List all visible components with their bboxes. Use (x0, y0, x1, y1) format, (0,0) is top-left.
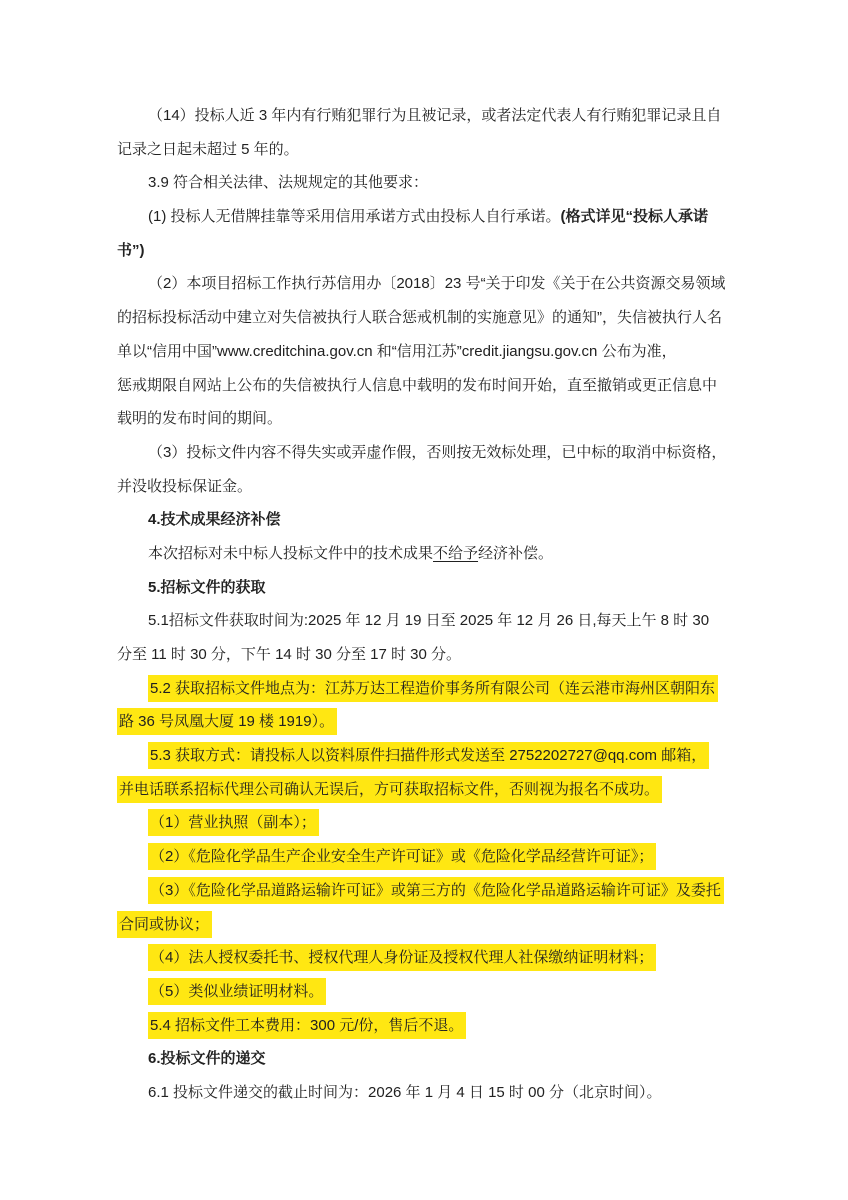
text-line: (1) 投标人无借牌挂靠等采用信用承诺方式由投标人自行承诺。(格式详见“投标人承… (117, 200, 733, 234)
text-line: 惩戒期限自网站上公布的失信被执行人信息中载明的发布时间开始，直至撤销或更正信息中 (117, 369, 733, 403)
text-segment: 载明的发布时间的期间。 (117, 410, 282, 427)
highlighted-text-segment: （4）法人授权委托书、授权代理人身份证及授权代理人社保缴纳证明材料； (148, 944, 656, 971)
text-segment: 6.1 投标文件递交的截止时间为：2026 年 1 月 4 日 15 时 00 … (148, 1084, 661, 1101)
highlighted-text-segment: 5.2 获取招标文件地点为：江苏万达工程造价事务所有限公司（连云港市海州区朝阳东 (148, 675, 718, 702)
text-line: 合同或协议； (117, 908, 733, 942)
text-segment: （2）本项目招标工作执行苏信用办〔2018〕23 号“关于印发《关于在公共资源交… (148, 275, 726, 292)
text-line: 并电话联系招标代理公司确认无误后，方可获取招标文件，否则视为报名不成功。 (117, 773, 733, 807)
text-segment: 单以“信用中国”www.creditchina.gov.cn 和“信用江苏”cr… (117, 343, 677, 360)
highlighted-text-segment: 合同或协议； (117, 911, 212, 938)
text-line: 书”) (117, 234, 733, 268)
text-segment: 惩戒期限自网站上公布的失信被执行人信息中载明的发布时间开始，直至撤销或更正信息中 (117, 377, 717, 394)
text-line: （1）营业执照（副本）； (117, 806, 733, 840)
text-line: （4）法人授权委托书、授权代理人身份证及授权代理人社保缴纳证明材料； (117, 941, 733, 975)
highlighted-text-segment: 5.3 获取方式：请投标人以资料原件扫描件形式发送至 2752202727@qq… (148, 742, 709, 769)
text-segment: （3）投标文件内容不得失实或弄虚作假，否则按无效标处理，已中标的取消中标资格， (148, 444, 726, 461)
text-segment: （14）投标人近 3 年内有行贿犯罪行为且被记录，或者法定代表人有行贿犯罪记录且… (148, 107, 721, 124)
text-line: 路 36 号凤凰大厦 19 楼 1919）。 (117, 705, 733, 739)
text-segment: 的招标投标活动中建立对失信被执行人联合惩戒机制的实施意见》的通知”，失信被执行人… (117, 309, 722, 326)
text-line: （3）投标文件内容不得失实或弄虚作假，否则按无效标处理，已中标的取消中标资格， (117, 436, 733, 470)
text-segment: 分至 11 时 30 分，下午 14 时 30 分至 17 时 30 分。 (117, 646, 461, 663)
text-line: 5.3 获取方式：请投标人以资料原件扫描件形式发送至 2752202727@qq… (117, 739, 733, 773)
text-line: （2）本项目招标工作执行苏信用办〔2018〕23 号“关于印发《关于在公共资源交… (117, 267, 733, 301)
text-segment: 5.招标文件的获取 (148, 579, 266, 596)
text-line: 5.1招标文件获取时间为:2025 年 12 月 19 日至 2025 年 12… (117, 604, 733, 638)
highlighted-text-segment: （3）《危险化学品道路运输许可证》或第三方的《危险化学品道路运输许可证》及委托 (148, 877, 724, 904)
document-body: （14）投标人近 3 年内有行贿犯罪行为且被记录，或者法定代表人有行贿犯罪记录且… (117, 99, 733, 1110)
text-line: 3.9 符合相关法律、法规规定的其他要求： (117, 166, 733, 200)
text-segment: (1) 投标人无借牌挂靠等采用信用承诺方式由投标人自行承诺。 (148, 208, 561, 225)
text-segment: 3.9 符合相关法律、法规规定的其他要求： (148, 174, 428, 191)
text-segment: 5.1招标文件获取时间为:2025 年 12 月 19 日至 2025 年 12… (148, 612, 709, 629)
text-line: 5.招标文件的获取 (117, 571, 733, 605)
text-line: 并没收投标保证金。 (117, 470, 733, 504)
text-line: 单以“信用中国”www.creditchina.gov.cn 和“信用江苏”cr… (117, 335, 733, 369)
text-segment: 记录之日起未超过 5 年的。 (117, 141, 299, 158)
text-line: （3）《危险化学品道路运输许可证》或第三方的《危险化学品道路运输许可证》及委托 (117, 874, 733, 908)
text-line: （5）类似业绩证明材料。 (117, 975, 733, 1009)
text-segment: 本次招标对未中标人投标文件中的技术成果 (148, 545, 433, 562)
text-line: 4.技术成果经济补偿 (117, 503, 733, 537)
text-segment: (格式详见“投标人承诺 (561, 208, 709, 225)
underlined-text-segment: 不给予 (433, 545, 478, 562)
text-line: 分至 11 时 30 分，下午 14 时 30 分至 17 时 30 分。 (117, 638, 733, 672)
highlighted-text-segment: 并电话联系招标代理公司确认无误后，方可获取招标文件，否则视为报名不成功。 (117, 776, 662, 803)
text-line: 本次招标对未中标人投标文件中的技术成果不给予经济补偿。 (117, 537, 733, 571)
text-line: （2）《危险化学品生产企业安全生产许可证》或《危险化学品经营许可证》； (117, 840, 733, 874)
text-line: 记录之日起未超过 5 年的。 (117, 133, 733, 167)
highlighted-text-segment: 路 36 号凤凰大厦 19 楼 1919）。 (117, 708, 337, 735)
text-segment: 经济补偿。 (478, 545, 553, 562)
highlighted-text-segment: 5.4 招标文件工本费用：300 元/份，售后不退。 (148, 1012, 466, 1039)
text-line: 5.2 获取招标文件地点为：江苏万达工程造价事务所有限公司（连云港市海州区朝阳东 (117, 672, 733, 706)
text-line: 6.1 投标文件递交的截止时间为：2026 年 1 月 4 日 15 时 00 … (117, 1076, 733, 1110)
text-line: 载明的发布时间的期间。 (117, 402, 733, 436)
text-line: （14）投标人近 3 年内有行贿犯罪行为且被记录，或者法定代表人有行贿犯罪记录且… (117, 99, 733, 133)
text-segment: 书”) (117, 242, 145, 259)
highlighted-text-segment: （1）营业执照（副本）； (148, 809, 319, 836)
text-line: 5.4 招标文件工本费用：300 元/份，售后不退。 (117, 1009, 733, 1043)
text-segment: 6.投标文件的递交 (148, 1050, 266, 1067)
text-segment: 4.技术成果经济补偿 (148, 511, 281, 528)
highlighted-text-segment: （2）《危险化学品生产企业安全生产许可证》或《危险化学品经营许可证》； (148, 843, 656, 870)
text-line: 6.投标文件的递交 (117, 1042, 733, 1076)
text-segment: 并没收投标保证金。 (117, 478, 252, 495)
document-page: （14）投标人近 3 年内有行贿犯罪行为且被记录，或者法定代表人有行贿犯罪记录且… (0, 0, 848, 1200)
highlighted-text-segment: （5）类似业绩证明材料。 (148, 978, 326, 1005)
text-line: 的招标投标活动中建立对失信被执行人联合惩戒机制的实施意见》的通知”，失信被执行人… (117, 301, 733, 335)
